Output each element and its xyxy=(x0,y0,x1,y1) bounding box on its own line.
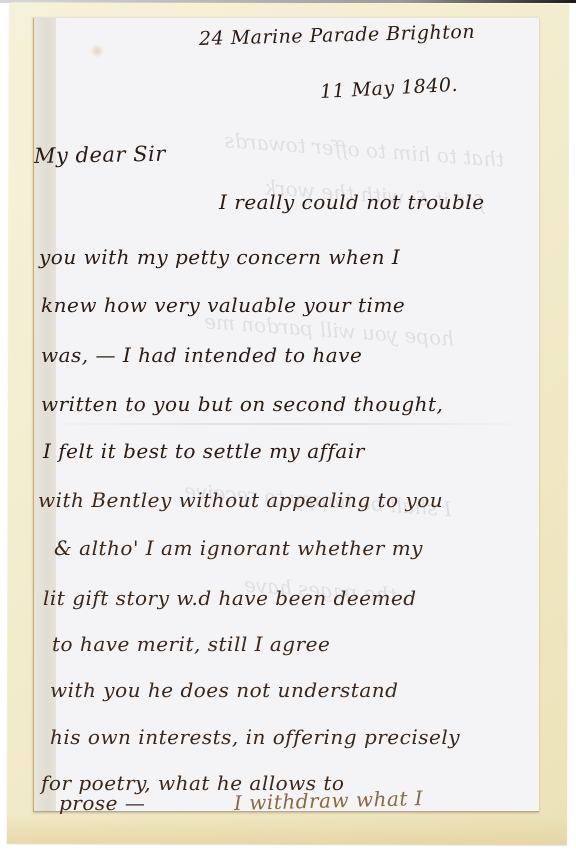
letter-body-line: to have merit, still I agree xyxy=(52,632,330,656)
letter-body-line: you with my petty concern when I xyxy=(39,245,400,269)
letter-body-line: was, — I had intended to have xyxy=(41,343,362,367)
bleed-through-text: that to him to offer towards xyxy=(224,128,505,172)
letter-body-line: his own interests, in offering precisely xyxy=(50,725,460,749)
letter-body-line: I really could not trouble xyxy=(219,190,485,214)
scanned-letter-page: that to him to offer towards for it & wi… xyxy=(0,0,576,862)
letter-body-line: written to you but on second thought, xyxy=(41,392,443,416)
letter-body-line: with you he does not understand xyxy=(50,678,398,702)
letter-body-line: & altho' I am ignorant whether my xyxy=(54,536,423,560)
fold-crease xyxy=(34,423,539,425)
letter-body-line: knew how very valuable your time xyxy=(41,293,405,317)
letter-sheet: that to him to offer towards for it & wi… xyxy=(33,17,539,812)
letter-body-line: lit gift story w.d have been deemed xyxy=(43,586,417,610)
letter-body-line: with Bentley without appealing to you xyxy=(38,488,443,512)
foxing-stain xyxy=(90,44,104,58)
letter-address: 24 Marine Parade Brighton xyxy=(199,21,476,50)
letter-date: 11 May 1840. xyxy=(319,74,458,103)
letter-salutation: My dear Sir xyxy=(34,142,166,168)
letter-body-line: prose — xyxy=(59,791,145,815)
letter-closing-fragment: I withdraw what I xyxy=(234,786,424,815)
letter-body-line: I felt it best to settle my affair xyxy=(43,439,365,463)
